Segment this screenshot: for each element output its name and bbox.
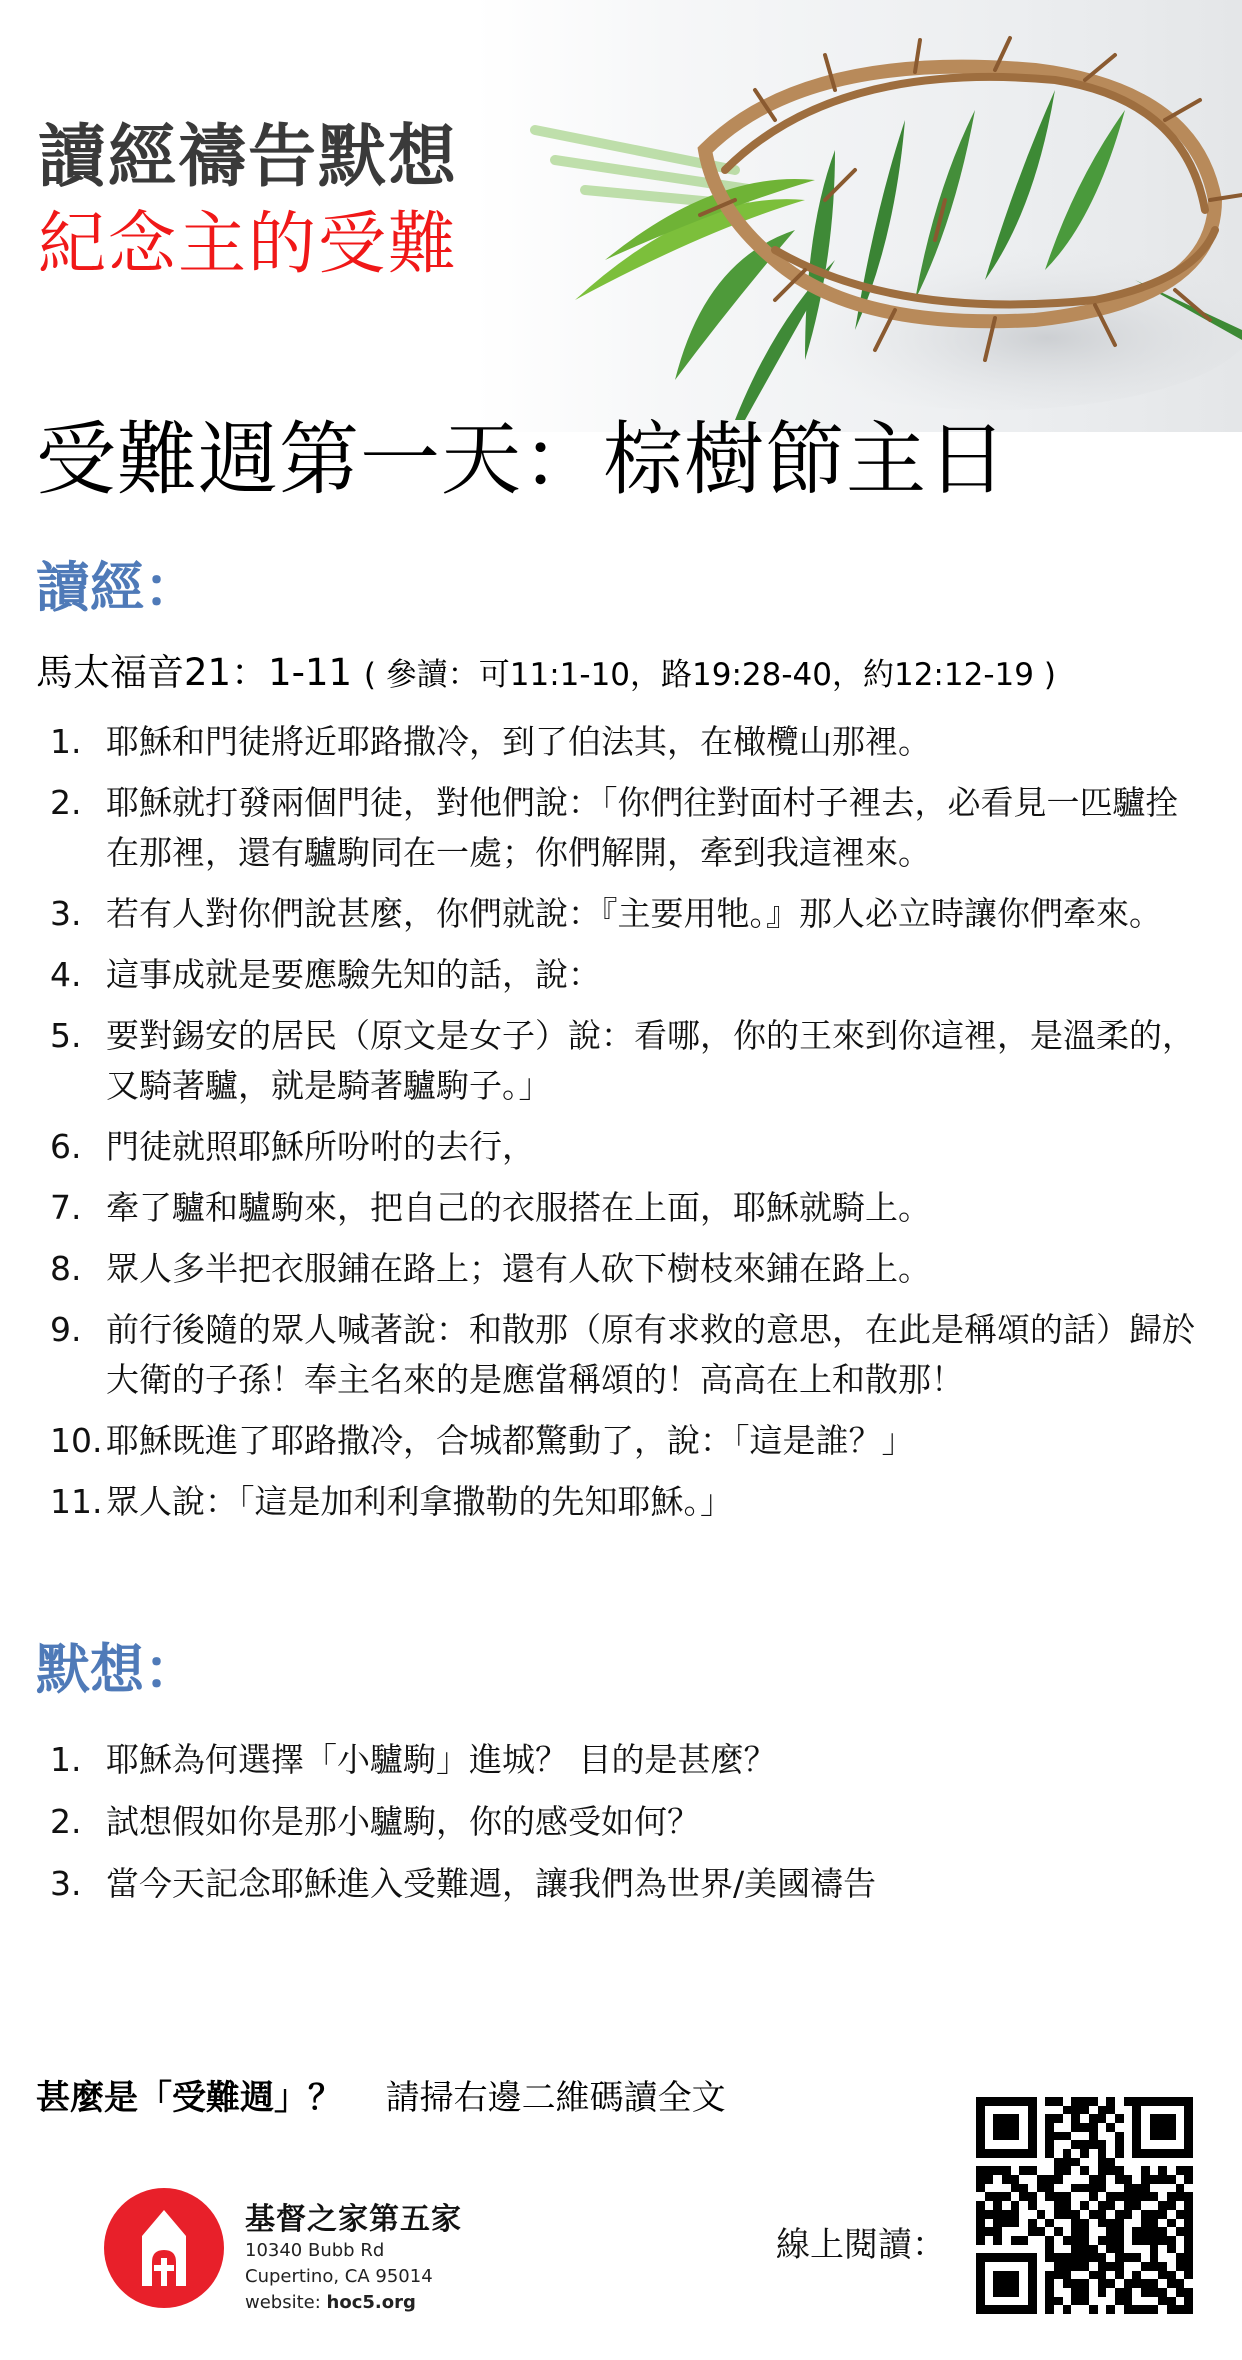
qr-module <box>1071 2166 1080 2175</box>
qr-module <box>1115 2175 1124 2184</box>
qr-module <box>1002 2192 1011 2201</box>
qr-module <box>993 2149 1002 2158</box>
qr-module <box>1106 2192 1115 2201</box>
qr-module <box>1176 2149 1185 2158</box>
qr-module <box>1037 2201 1046 2210</box>
qr-module <box>1019 2279 1028 2288</box>
qr-module <box>985 2227 994 2236</box>
qr-module <box>1176 2192 1185 2201</box>
qr-module <box>1132 2236 1141 2245</box>
verse-item: 8. 眾人多半把衣服鋪在路上；還有人砍下樹枝來鋪在路上。 <box>50 1244 1210 1294</box>
qr-module <box>1167 2106 1176 2115</box>
qr-module <box>1132 2262 1141 2271</box>
qr-module <box>1045 2305 1054 2314</box>
qr-module <box>1011 2219 1020 2228</box>
qr-module <box>1002 2210 1011 2219</box>
qr-module <box>1167 2132 1176 2141</box>
qr-module <box>1002 2166 1011 2175</box>
qr-module <box>1045 2166 1054 2175</box>
qr-module <box>1150 2305 1159 2314</box>
qr-module <box>1167 2158 1176 2167</box>
qr-module <box>1106 2219 1115 2228</box>
qr-module <box>1028 2175 1037 2184</box>
qr-module <box>1071 2123 1080 2132</box>
qr-module <box>1106 2114 1115 2123</box>
qr-module <box>1089 2305 1098 2314</box>
qr-module <box>1176 2166 1185 2175</box>
qr-module <box>1176 2132 1185 2141</box>
qr-module <box>1028 2227 1037 2236</box>
qr-module <box>1002 2245 1011 2254</box>
qr-module <box>1106 2097 1115 2106</box>
qr-module <box>1045 2236 1054 2245</box>
qr-module <box>1176 2201 1185 2210</box>
qr-module <box>1098 2210 1107 2219</box>
verse-number: 11. <box>50 1477 102 1527</box>
qr-module <box>1124 2305 1133 2314</box>
qr-module <box>1132 2192 1141 2201</box>
qr-module <box>1011 2123 1020 2132</box>
qr-module <box>1054 2253 1063 2262</box>
crown-of-thorns-illustration <box>475 0 1242 432</box>
qr-module <box>976 2123 985 2132</box>
qr-module <box>1150 2097 1159 2106</box>
qr-module <box>1037 2097 1046 2106</box>
qr-module <box>1080 2149 1089 2158</box>
qr-module <box>1002 2236 1011 2245</box>
qr-module <box>1158 2201 1167 2210</box>
qr-module <box>1089 2158 1098 2167</box>
qr-module <box>1132 2253 1141 2262</box>
qr-module <box>985 2271 994 2280</box>
qr-module <box>1158 2262 1167 2271</box>
qr-module <box>1002 2297 1011 2306</box>
qr-module <box>1089 2132 1098 2141</box>
qr-module <box>985 2245 994 2254</box>
qr-module <box>1071 2219 1080 2228</box>
qr-module <box>1167 2262 1176 2271</box>
qr-module <box>1098 2158 1107 2167</box>
qr-module <box>976 2192 985 2201</box>
qr-module <box>1037 2123 1046 2132</box>
qr-module <box>985 2288 994 2297</box>
qr-module <box>1158 2271 1167 2280</box>
qr-module <box>1106 2149 1115 2158</box>
verse-text: 眾人多半把衣服鋪在路上；還有人砍下樹枝來鋪在路上。 <box>106 1249 931 1288</box>
qr-module <box>1124 2288 1133 2297</box>
qr-module <box>1019 2114 1028 2123</box>
qr-module <box>1011 2271 1020 2280</box>
qr-module <box>993 2262 1002 2271</box>
qr-module <box>1184 2132 1193 2141</box>
qr-module <box>1089 2175 1098 2184</box>
qr-module <box>985 2219 994 2228</box>
qr-module <box>1063 2253 1072 2262</box>
qr-module <box>1019 2297 1028 2306</box>
day-title: 受難週第一天：棕樹節主日 <box>36 412 1008 508</box>
meditation-heading: 默想： <box>36 1638 198 1702</box>
qr-module <box>1089 2123 1098 2132</box>
qr-module <box>1080 2140 1089 2149</box>
qr-module <box>1141 2132 1150 2141</box>
qr-module <box>1011 2227 1020 2236</box>
qr-module <box>1045 2279 1054 2288</box>
qr-module <box>1176 2219 1185 2228</box>
qr-module <box>1098 2106 1107 2115</box>
qr-module <box>1176 2227 1185 2236</box>
qr-module <box>1150 2297 1159 2306</box>
qr-module <box>1124 2253 1133 2262</box>
qr-module <box>1098 2114 1107 2123</box>
qr-module <box>1002 2271 1011 2280</box>
qr-module <box>1106 2184 1115 2193</box>
qr-module <box>1124 2192 1133 2201</box>
qr-module <box>1063 2175 1072 2184</box>
qr-module <box>1158 2288 1167 2297</box>
qr-module <box>1019 2227 1028 2236</box>
qr-module <box>1002 2262 1011 2271</box>
qr-module <box>1063 2210 1072 2219</box>
qr-module <box>1011 2106 1020 2115</box>
qr-module <box>1080 2175 1089 2184</box>
verse-number: 8. <box>50 1244 82 1294</box>
qr-module <box>1184 2227 1193 2236</box>
verse-text: 若有人對你們說甚麼，你們就說：『主要用牠。』那人必立時讓你們牽來。 <box>106 894 1162 933</box>
qr-module <box>1098 2123 1107 2132</box>
qr-module <box>1124 2219 1133 2228</box>
qr-module <box>1150 2123 1159 2132</box>
qr-module <box>1045 2288 1054 2297</box>
qr-module <box>1054 2175 1063 2184</box>
qr-module <box>1106 2175 1115 2184</box>
qr-module <box>1184 2175 1193 2184</box>
qr-module <box>1167 2097 1176 2106</box>
verse-text: 眾人說：「這是加利利拿撒勒的先知耶穌。」 <box>106 1482 733 1521</box>
qr-module <box>1011 2192 1020 2201</box>
qr-module <box>1080 2271 1089 2280</box>
qr-module <box>1106 2262 1115 2271</box>
org-name: 基督之家第五家 <box>245 2194 462 2238</box>
qr-module <box>1150 2288 1159 2297</box>
qr-module <box>985 2201 994 2210</box>
qr-code[interactable] <box>976 2097 1193 2314</box>
qr-module <box>1019 2271 1028 2280</box>
qr-module <box>1080 2288 1089 2297</box>
qr-module <box>1019 2245 1028 2254</box>
qr-module <box>1080 2166 1089 2175</box>
qr-module <box>976 2158 985 2167</box>
qr-module <box>1045 2253 1054 2262</box>
qr-module <box>985 2132 994 2141</box>
verse-item: 4. 這事成就是要應驗先知的話，說： <box>50 950 1210 1000</box>
qr-module <box>1045 2149 1054 2158</box>
qr-module <box>1106 2106 1115 2115</box>
qr-module <box>1106 2201 1115 2210</box>
qr-module <box>1098 2184 1107 2193</box>
qr-module <box>993 2192 1002 2201</box>
qr-module <box>1132 2184 1141 2193</box>
qr-module <box>993 2106 1002 2115</box>
qr-module <box>1071 2201 1080 2210</box>
qr-module <box>1071 2271 1080 2280</box>
qr-module <box>1106 2227 1115 2236</box>
qr-module <box>1158 2305 1167 2314</box>
qr-module <box>1176 2236 1185 2245</box>
qr-module <box>1045 2132 1054 2141</box>
qr-module <box>976 2149 985 2158</box>
qr-module <box>1141 2245 1150 2254</box>
qr-module <box>1115 2097 1124 2106</box>
qr-module <box>1028 2192 1037 2201</box>
church-logo-icon <box>104 2188 224 2308</box>
reading-heading: 讀經： <box>36 556 198 620</box>
meditation-item: 1. 耶穌為何選擇「小驢駒」進城？ 目的是甚麼？ <box>50 1735 1210 1785</box>
qr-module <box>1028 2184 1037 2193</box>
qr-module <box>1063 2201 1072 2210</box>
qr-module <box>1167 2149 1176 2158</box>
qr-module <box>1071 2253 1080 2262</box>
qr-module <box>976 2201 985 2210</box>
qr-module <box>993 2236 1002 2245</box>
qr-module <box>1124 2106 1133 2115</box>
qr-module <box>1158 2219 1167 2228</box>
qr-module <box>1045 2114 1054 2123</box>
qr-module <box>976 2236 985 2245</box>
qr-module <box>1080 2158 1089 2167</box>
qr-module <box>1158 2140 1167 2149</box>
qr-module <box>1176 2106 1185 2115</box>
qr-module <box>1019 2192 1028 2201</box>
qr-module <box>1045 2123 1054 2132</box>
qr-module <box>1115 2210 1124 2219</box>
verse-text: 耶穌和門徒將近耶路撒冷，到了伯法其，在橄欖山那裡。 <box>106 722 931 761</box>
verse-number: 1. <box>50 717 82 767</box>
qr-module <box>1002 2305 1011 2314</box>
qr-module <box>1063 2192 1072 2201</box>
qr-module <box>1080 2192 1089 2201</box>
qr-module <box>1028 2114 1037 2123</box>
qr-module <box>1089 2149 1098 2158</box>
qr-module <box>1132 2279 1141 2288</box>
qr-module <box>976 2132 985 2141</box>
qr-module <box>1132 2158 1141 2167</box>
qr-module <box>1098 2288 1107 2297</box>
qr-module <box>1045 2271 1054 2280</box>
qr-module <box>976 2227 985 2236</box>
qr-module <box>1115 2184 1124 2193</box>
qr-module <box>1002 2184 1011 2193</box>
website-link[interactable]: hoc5.org <box>327 2292 416 2313</box>
scan-qr-instruction: 請掃右邊二維碼讀全文 <box>386 2078 726 2118</box>
qr-module <box>1037 2158 1046 2167</box>
meditation-list: 1. 耶穌為何選擇「小驢駒」進城？ 目的是甚麼？ 2. 試想假如你是那小驢駒，你… <box>50 1735 1210 1909</box>
qr-module <box>1176 2279 1185 2288</box>
verse-text: 耶穌既進了耶路撒冷，合城都驚動了，說：「這是誰？」 <box>106 1421 915 1460</box>
qr-module <box>1106 2271 1115 2280</box>
qr-module <box>1037 2236 1046 2245</box>
qr-module <box>1011 2297 1020 2306</box>
qr-module <box>1063 2297 1072 2306</box>
qr-module <box>1054 2201 1063 2210</box>
qr-module <box>1019 2140 1028 2149</box>
qr-module <box>1028 2140 1037 2149</box>
qr-module <box>1054 2236 1063 2245</box>
qr-module <box>993 2201 1002 2210</box>
verse-number: 9. <box>50 1305 82 1355</box>
qr-module <box>985 2279 994 2288</box>
qr-module <box>976 2271 985 2280</box>
qr-module <box>1132 2227 1141 2236</box>
qr-module <box>1106 2132 1115 2141</box>
org-address-line2: Cupertino, CA 95014 <box>245 2266 433 2287</box>
qr-module <box>1141 2262 1150 2271</box>
qr-module <box>1124 2262 1133 2271</box>
qr-module <box>1037 2149 1046 2158</box>
qr-module <box>1037 2219 1046 2228</box>
qr-module <box>1080 2245 1089 2254</box>
qr-module <box>1002 2219 1011 2228</box>
qr-module <box>1071 2140 1080 2149</box>
qr-module <box>976 2279 985 2288</box>
qr-module <box>1176 2297 1185 2306</box>
qr-module <box>1098 2132 1107 2141</box>
qr-module <box>1132 2201 1141 2210</box>
qr-module <box>1176 2123 1185 2132</box>
qr-module <box>1184 2123 1193 2132</box>
qr-module <box>1124 2184 1133 2193</box>
qr-module <box>1115 2132 1124 2141</box>
qr-module <box>993 2305 1002 2314</box>
qr-module <box>993 2288 1002 2297</box>
qr-module <box>1098 2166 1107 2175</box>
qr-module <box>993 2175 1002 2184</box>
qr-module <box>1115 2123 1124 2132</box>
qr-module <box>1054 2279 1063 2288</box>
qr-module <box>976 2219 985 2228</box>
qr-module <box>1184 2097 1193 2106</box>
qr-module <box>1089 2166 1098 2175</box>
qr-module <box>1098 2140 1107 2149</box>
qr-module <box>1184 2297 1193 2306</box>
qr-module <box>1054 2245 1063 2254</box>
qr-module <box>1037 2114 1046 2123</box>
qr-module <box>1037 2140 1046 2149</box>
qr-module <box>1141 2149 1150 2158</box>
qr-module <box>1132 2106 1141 2115</box>
qr-module <box>1098 2227 1107 2236</box>
qr-module <box>1063 2106 1072 2115</box>
what-is-question: 甚麼是「受難週」？ <box>36 2078 342 2118</box>
qr-module <box>1167 2245 1176 2254</box>
qr-module <box>993 2279 1002 2288</box>
qr-module <box>993 2297 1002 2306</box>
qr-module <box>1184 2219 1193 2228</box>
verse-text: 前行後隨的眾人喊著說：和散那（原有求救的意思，在此是稱頌的話）歸於大衛的子孫！奉… <box>106 1310 1195 1399</box>
qr-module <box>1002 2097 1011 2106</box>
qr-module <box>1080 2253 1089 2262</box>
qr-module <box>1132 2097 1141 2106</box>
verse-number: 3. <box>50 889 82 939</box>
qr-module <box>985 2158 994 2167</box>
qr-module <box>1150 2106 1159 2115</box>
qr-module <box>1176 2253 1185 2262</box>
qr-module <box>1019 2175 1028 2184</box>
qr-module <box>1167 2271 1176 2280</box>
qr-module <box>1011 2201 1020 2210</box>
qr-module <box>976 2114 985 2123</box>
qr-module <box>1141 2288 1150 2297</box>
reference-extra: ( 參讀：可11:1-10，路19:28-40，約12:12-19 ) <box>364 657 1056 693</box>
qr-module <box>1124 2271 1133 2280</box>
qr-module <box>1098 2262 1107 2271</box>
qr-module <box>1141 2097 1150 2106</box>
qr-module <box>1098 2192 1107 2201</box>
qr-module <box>1098 2175 1107 2184</box>
qr-module <box>1028 2245 1037 2254</box>
qr-module <box>1002 2106 1011 2115</box>
qr-module <box>1124 2140 1133 2149</box>
qr-module <box>1028 2106 1037 2115</box>
qr-module <box>1063 2132 1072 2141</box>
qr-module <box>1176 2245 1185 2254</box>
qr-module <box>1054 2106 1063 2115</box>
website-label: website: <box>245 2292 327 2313</box>
qr-module <box>993 2210 1002 2219</box>
qr-module <box>1167 2219 1176 2228</box>
qr-module <box>1132 2114 1141 2123</box>
qr-module <box>1150 2253 1159 2262</box>
qr-module <box>1071 2262 1080 2271</box>
qr-module <box>1141 2114 1150 2123</box>
qr-module <box>1184 2253 1193 2262</box>
qr-module <box>1063 2184 1072 2193</box>
header-photo-crown-of-thorns <box>475 0 1242 432</box>
qr-module <box>1141 2140 1150 2149</box>
qr-module <box>1011 2166 1020 2175</box>
qr-module <box>1141 2175 1150 2184</box>
qr-module <box>976 2305 985 2314</box>
qr-module <box>1063 2305 1072 2314</box>
qr-module <box>1098 2297 1107 2306</box>
qr-module <box>1176 2262 1185 2271</box>
qr-module <box>976 2184 985 2193</box>
qr-module <box>976 2288 985 2297</box>
qr-module <box>1167 2305 1176 2314</box>
qr-module <box>1158 2132 1167 2141</box>
qr-module <box>1037 2288 1046 2297</box>
qr-module <box>1028 2132 1037 2141</box>
qr-module <box>1141 2227 1150 2236</box>
qr-module <box>976 2106 985 2115</box>
org-website: website: hoc5.org <box>245 2292 416 2313</box>
qr-module <box>1063 2279 1072 2288</box>
qr-module <box>1150 2236 1159 2245</box>
qr-module <box>1115 2245 1124 2254</box>
qr-module <box>1071 2132 1080 2141</box>
qr-module <box>1150 2201 1159 2210</box>
qr-module <box>1071 2210 1080 2219</box>
qr-module <box>1002 2253 1011 2262</box>
qr-module <box>1054 2140 1063 2149</box>
qr-module <box>1158 2279 1167 2288</box>
qr-module <box>1184 2262 1193 2271</box>
qr-module <box>1028 2149 1037 2158</box>
qr-module <box>993 2227 1002 2236</box>
qr-module <box>1089 2297 1098 2306</box>
qr-module <box>1124 2123 1133 2132</box>
qr-module <box>1045 2297 1054 2306</box>
qr-module <box>1184 2166 1193 2175</box>
